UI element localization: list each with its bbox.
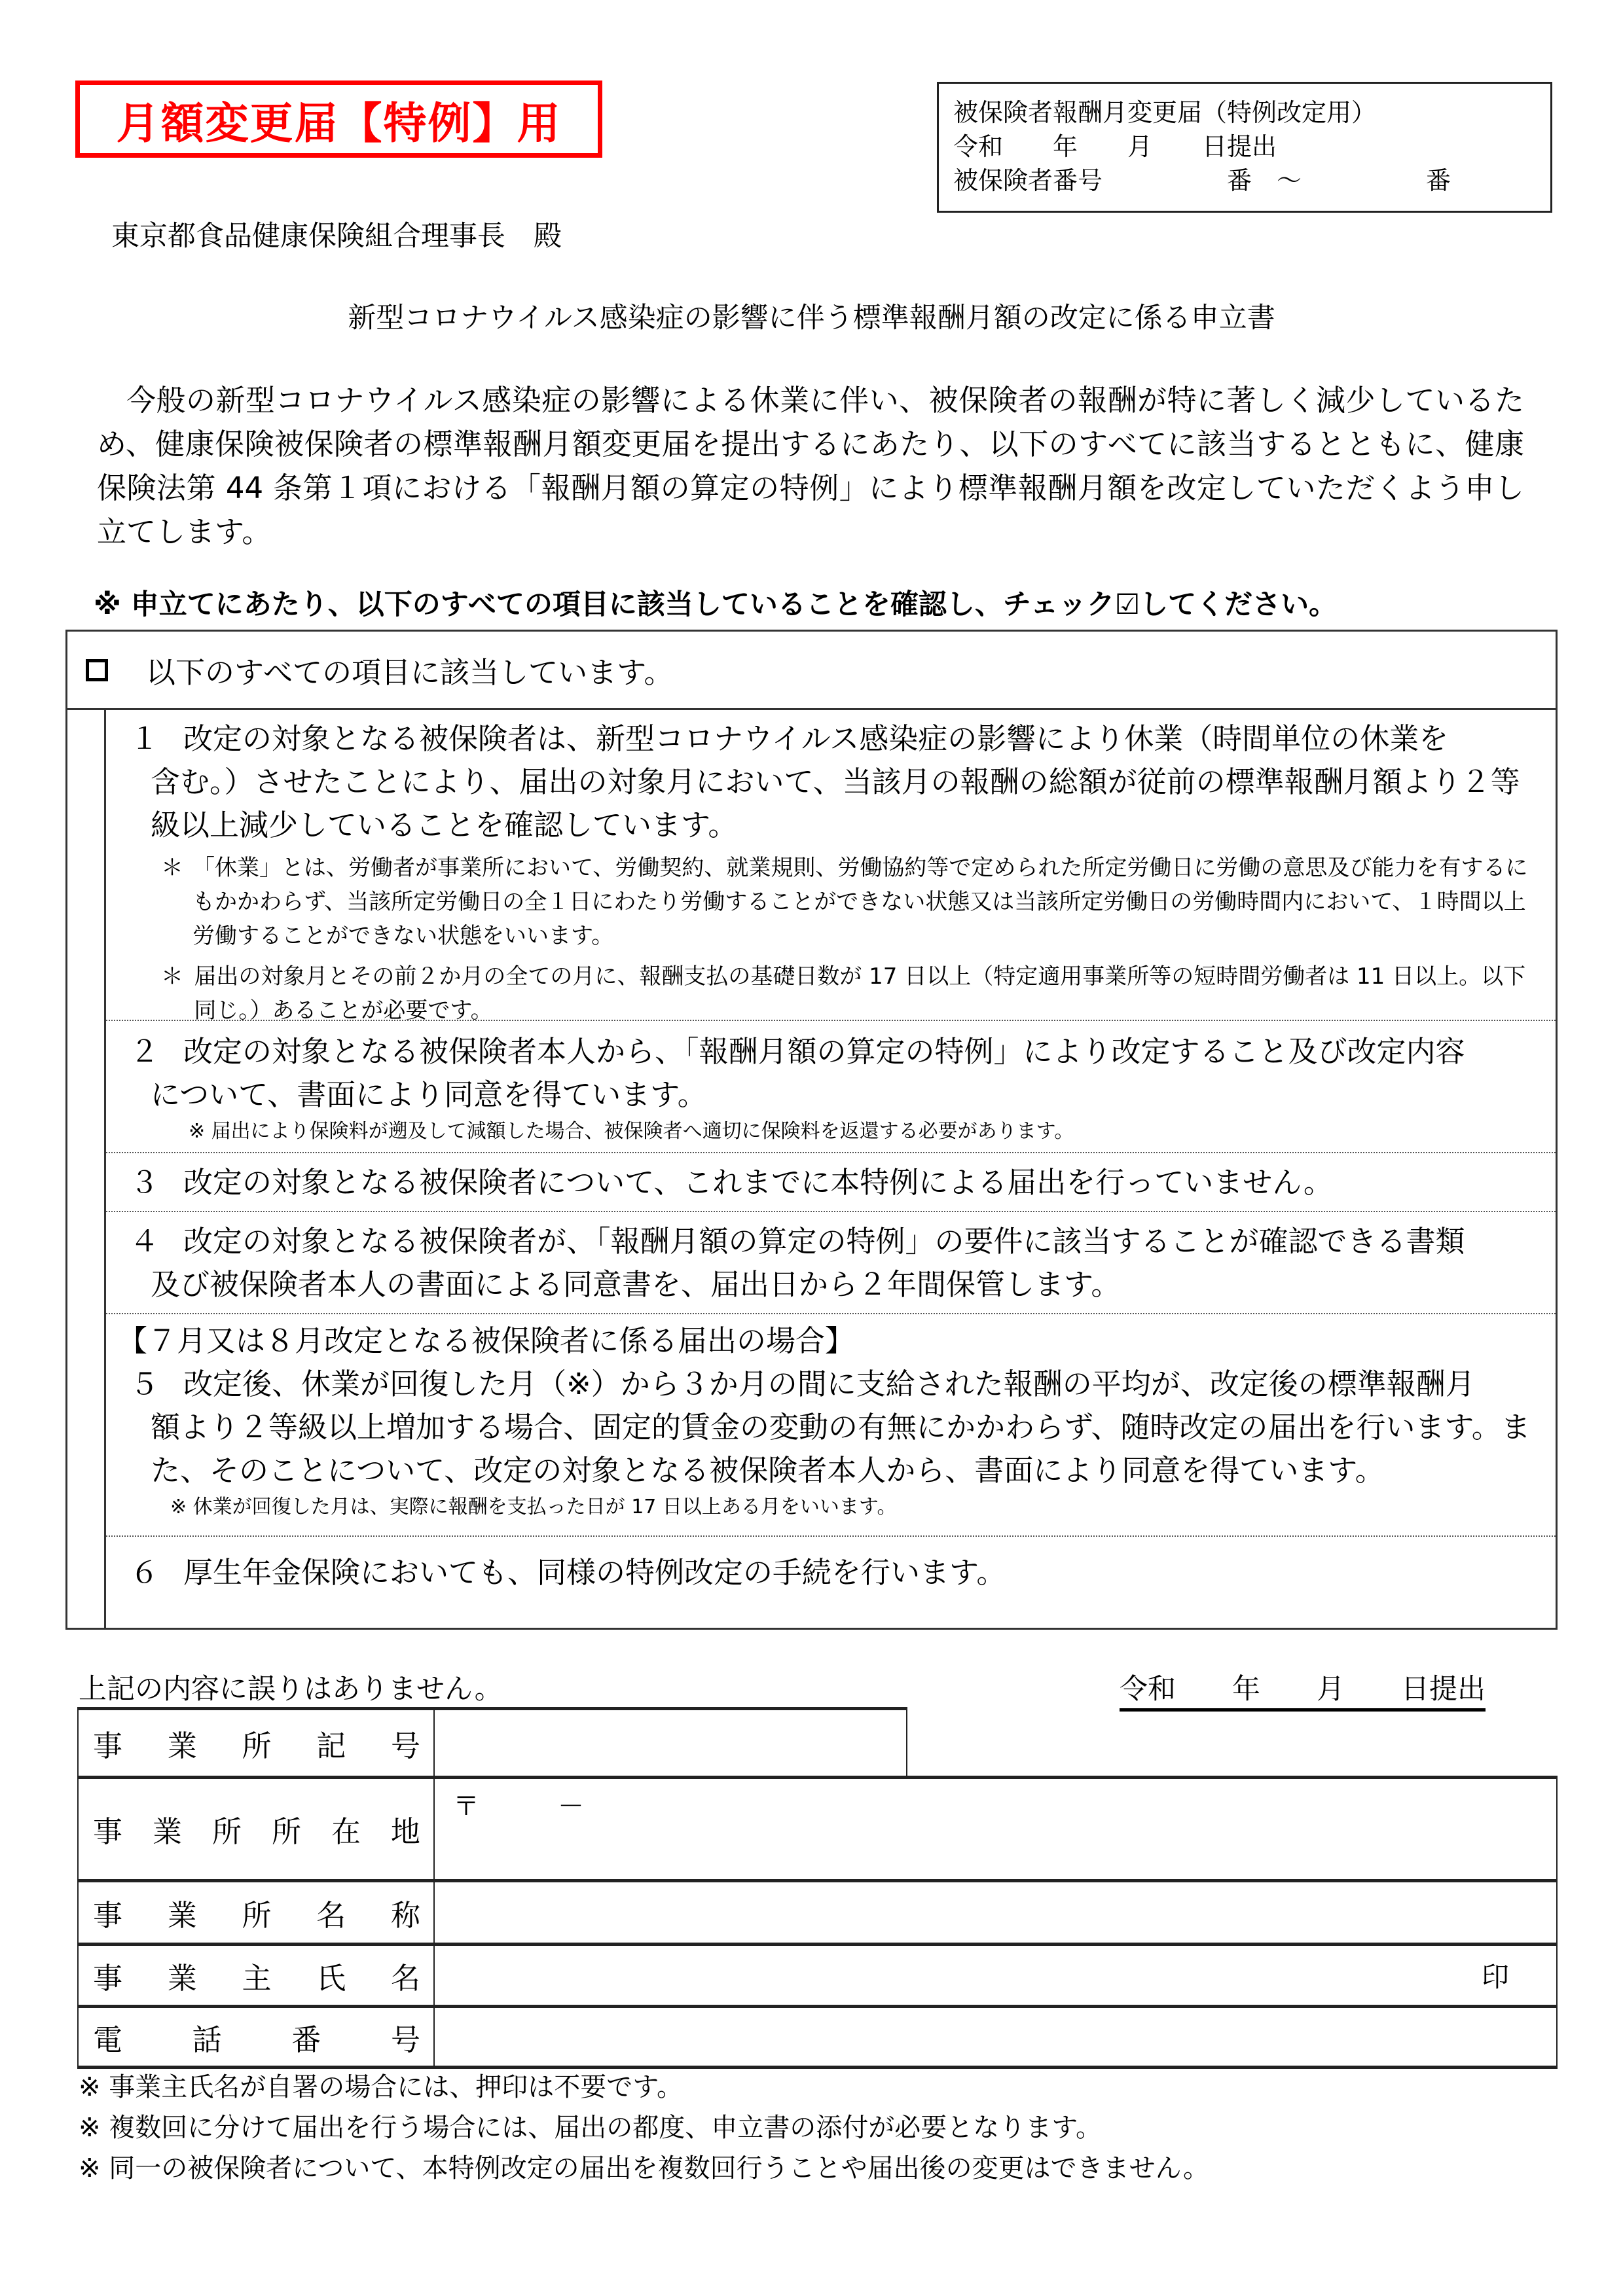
item-number: ５: [130, 1363, 183, 1406]
submission-date-line[interactable]: 令和 年 月 日提出: [1120, 1667, 1486, 1712]
checkbox-label: 以下のすべての項目に該当しています。: [146, 649, 674, 691]
form-type-stamp: 月額変更届【特例】用: [75, 81, 602, 158]
item-number: ２: [130, 1030, 183, 1073]
item-sub-note: ※ 休業が回復した月は、実際に報酬を支払った日が 17 日以上ある月をいいます。: [118, 1492, 1540, 1522]
note-text: 届出の対象月とその前２か月の全ての月に、報酬支払の基礎日数が 17 日以上（特定…: [185, 960, 1540, 1028]
item-sub-note: ※ 届出により保険料が遡及して減額した場合、被保険者へ適切に保険料を返還する必要…: [130, 1117, 1540, 1147]
item-number: ４: [130, 1220, 183, 1263]
item-text-line1: 改定後、休業が回復した月（※）から３か月の間に支給された報酬の平均が、改定後の標…: [183, 1367, 1475, 1401]
office-code-input[interactable]: [433, 1707, 907, 1777]
intro-paragraph: 今般の新型コロナウイルス感染症の影響による休業に伴い、被保険者の報酬が特に著しく…: [97, 378, 1524, 554]
footnote: ※ 複数回に分けて届出を行う場合には、届出の都度、申立書の添付が必要となります。: [79, 2108, 1209, 2148]
stamp-title: 月額変更届【特例】用: [117, 88, 562, 151]
note-text: 「休業」とは、労働者が事業所において、労働契約、就業規則、労働協約等で定められた…: [183, 851, 1540, 953]
submission-date-field[interactable]: 令和 年 月 日提出: [953, 130, 1536, 164]
item-text-line1: 改定の対象となる被保険者が、「報酬月額の算定の特例」の要件に該当することが確認で…: [183, 1224, 1465, 1259]
insured-number-range-field[interactable]: 被保険者番号 番 ～ 番: [953, 164, 1536, 198]
checklist-item-5: 【７月又は８月改定となる被保険者に係る届出の場合】 ５改定後、休業が回復した月（…: [106, 1314, 1556, 1537]
footnote: ※ 同一の被保険者について、本特例改定の届出を複数回行うことや届出後の変更はでき…: [79, 2148, 1209, 2189]
item-text-rest: 額より２等級以上増加する場合、固定的賃金の変動の有無にかかわらず、随時改定の届出…: [118, 1406, 1540, 1492]
checklist-item-1: １改定の対象となる被保険者は、新型コロナウイルス感染症の影響により休業（時間単位…: [106, 708, 1556, 1021]
checklist-item-4: ４改定の対象となる被保険者が、「報酬月額の算定の特例」の要件に該当することが確認…: [106, 1212, 1556, 1314]
phone-input[interactable]: [433, 2005, 1558, 2069]
phone-label: 電話番号: [77, 2005, 435, 2069]
confirmation-statement: 上記の内容に誤りはありません。: [79, 1667, 503, 1707]
item-number: １: [130, 717, 183, 761]
office-name-input[interactable]: [433, 1879, 1558, 1944]
form-info-box: 被保険者報酬月変更届（特例改定用） 令和 年 月 日提出 被保険者番号 番 ～ …: [937, 82, 1552, 213]
item-number: ３: [130, 1161, 183, 1204]
checklist-items: １改定の対象となる被保険者は、新型コロナウイルス感染症の影響により休業（時間単位…: [104, 708, 1556, 1628]
item-text-rest: について、書面により同意を得ています。: [130, 1073, 1540, 1117]
item-note-2: ＊ 届出の対象月とその前２か月の全ての月に、報酬支払の基礎日数が 17 日以上（…: [130, 960, 1540, 1028]
office-address-input[interactable]: 〒 －: [433, 1776, 1558, 1880]
checklist-item-6: ６厚生年金保険においても、同様の特例改定の手続を行います。: [106, 1537, 1556, 1630]
office-code-label: 事業所記号: [77, 1707, 435, 1777]
check-instruction: ※ 申立てにあたり、以下のすべての項目に該当していることを確認し、チェック☑して…: [94, 583, 1337, 622]
item-text-rest: 含む。）させたことにより、届出の対象月において、当該月の報酬の総額が従前の標準報…: [130, 761, 1540, 847]
declaration-checklist: 以下のすべての項目に該当しています。 １改定の対象となる被保険者は、新型コロナウ…: [65, 630, 1558, 1630]
item-text-line1: 改定の対象となる被保険者について、これまでに本特例による届出を行っていません。: [183, 1165, 1333, 1200]
item-heading: 【７月又は８月改定となる被保険者に係る届出の場合】: [118, 1319, 1540, 1363]
checkbox-icon[interactable]: [86, 659, 108, 681]
item-text-line1: 改定の対象となる被保険者は、新型コロナウイルス感染症の影響により休業（時間単位の…: [183, 721, 1448, 756]
checklist-item-3: ３改定の対象となる被保険者について、これまでに本特例による届出を行っていません。: [106, 1153, 1556, 1212]
item-number: ６: [130, 1551, 183, 1594]
office-address-label: 事業所所在地: [77, 1776, 435, 1880]
all-items-checkbox-row[interactable]: 以下のすべての項目に該当しています。: [67, 632, 1556, 710]
footnotes: ※ 事業主氏名が自署の場合には、押印は不要です。 ※ 複数回に分けて届出を行う場…: [79, 2067, 1209, 2189]
addressee: 東京都食品健康保険組合理事長 殿: [111, 214, 562, 254]
item-text-line1: 改定の対象となる被保険者本人から、「報酬月額の算定の特例」により改定すること及び…: [183, 1034, 1465, 1069]
owner-name-input[interactable]: 印: [433, 1943, 1558, 2006]
document-title: 新型コロナウイルス感染症の影響に伴う標準報酬月額の改定に係る申立書: [0, 296, 1623, 336]
checklist-item-2: ２改定の対象となる被保険者本人から、「報酬月額の算定の特例」により改定すること及…: [106, 1021, 1556, 1153]
postal-code-prefix: 〒 －: [453, 1785, 584, 1823]
seal-mark: 印: [1482, 1956, 1509, 1995]
owner-name-label: 事業主氏名: [77, 1943, 435, 2006]
item-text-rest: 及び被保険者本人の書面による同意書を、届出日から２年間保管します。: [130, 1263, 1540, 1306]
item-note-1: ＊ 「休業」とは、労働者が事業所において、労働契約、就業規則、労働協約等で定めら…: [130, 851, 1540, 953]
form-name: 被保険者報酬月変更届（特例改定用）: [953, 96, 1536, 130]
item-text-line1: 厚生年金保険においても、同様の特例改定の手続を行います。: [183, 1555, 1006, 1590]
footnote: ※ 事業主氏名が自署の場合には、押印は不要です。: [79, 2067, 1209, 2108]
office-name-label: 事業所名称: [77, 1879, 435, 1944]
